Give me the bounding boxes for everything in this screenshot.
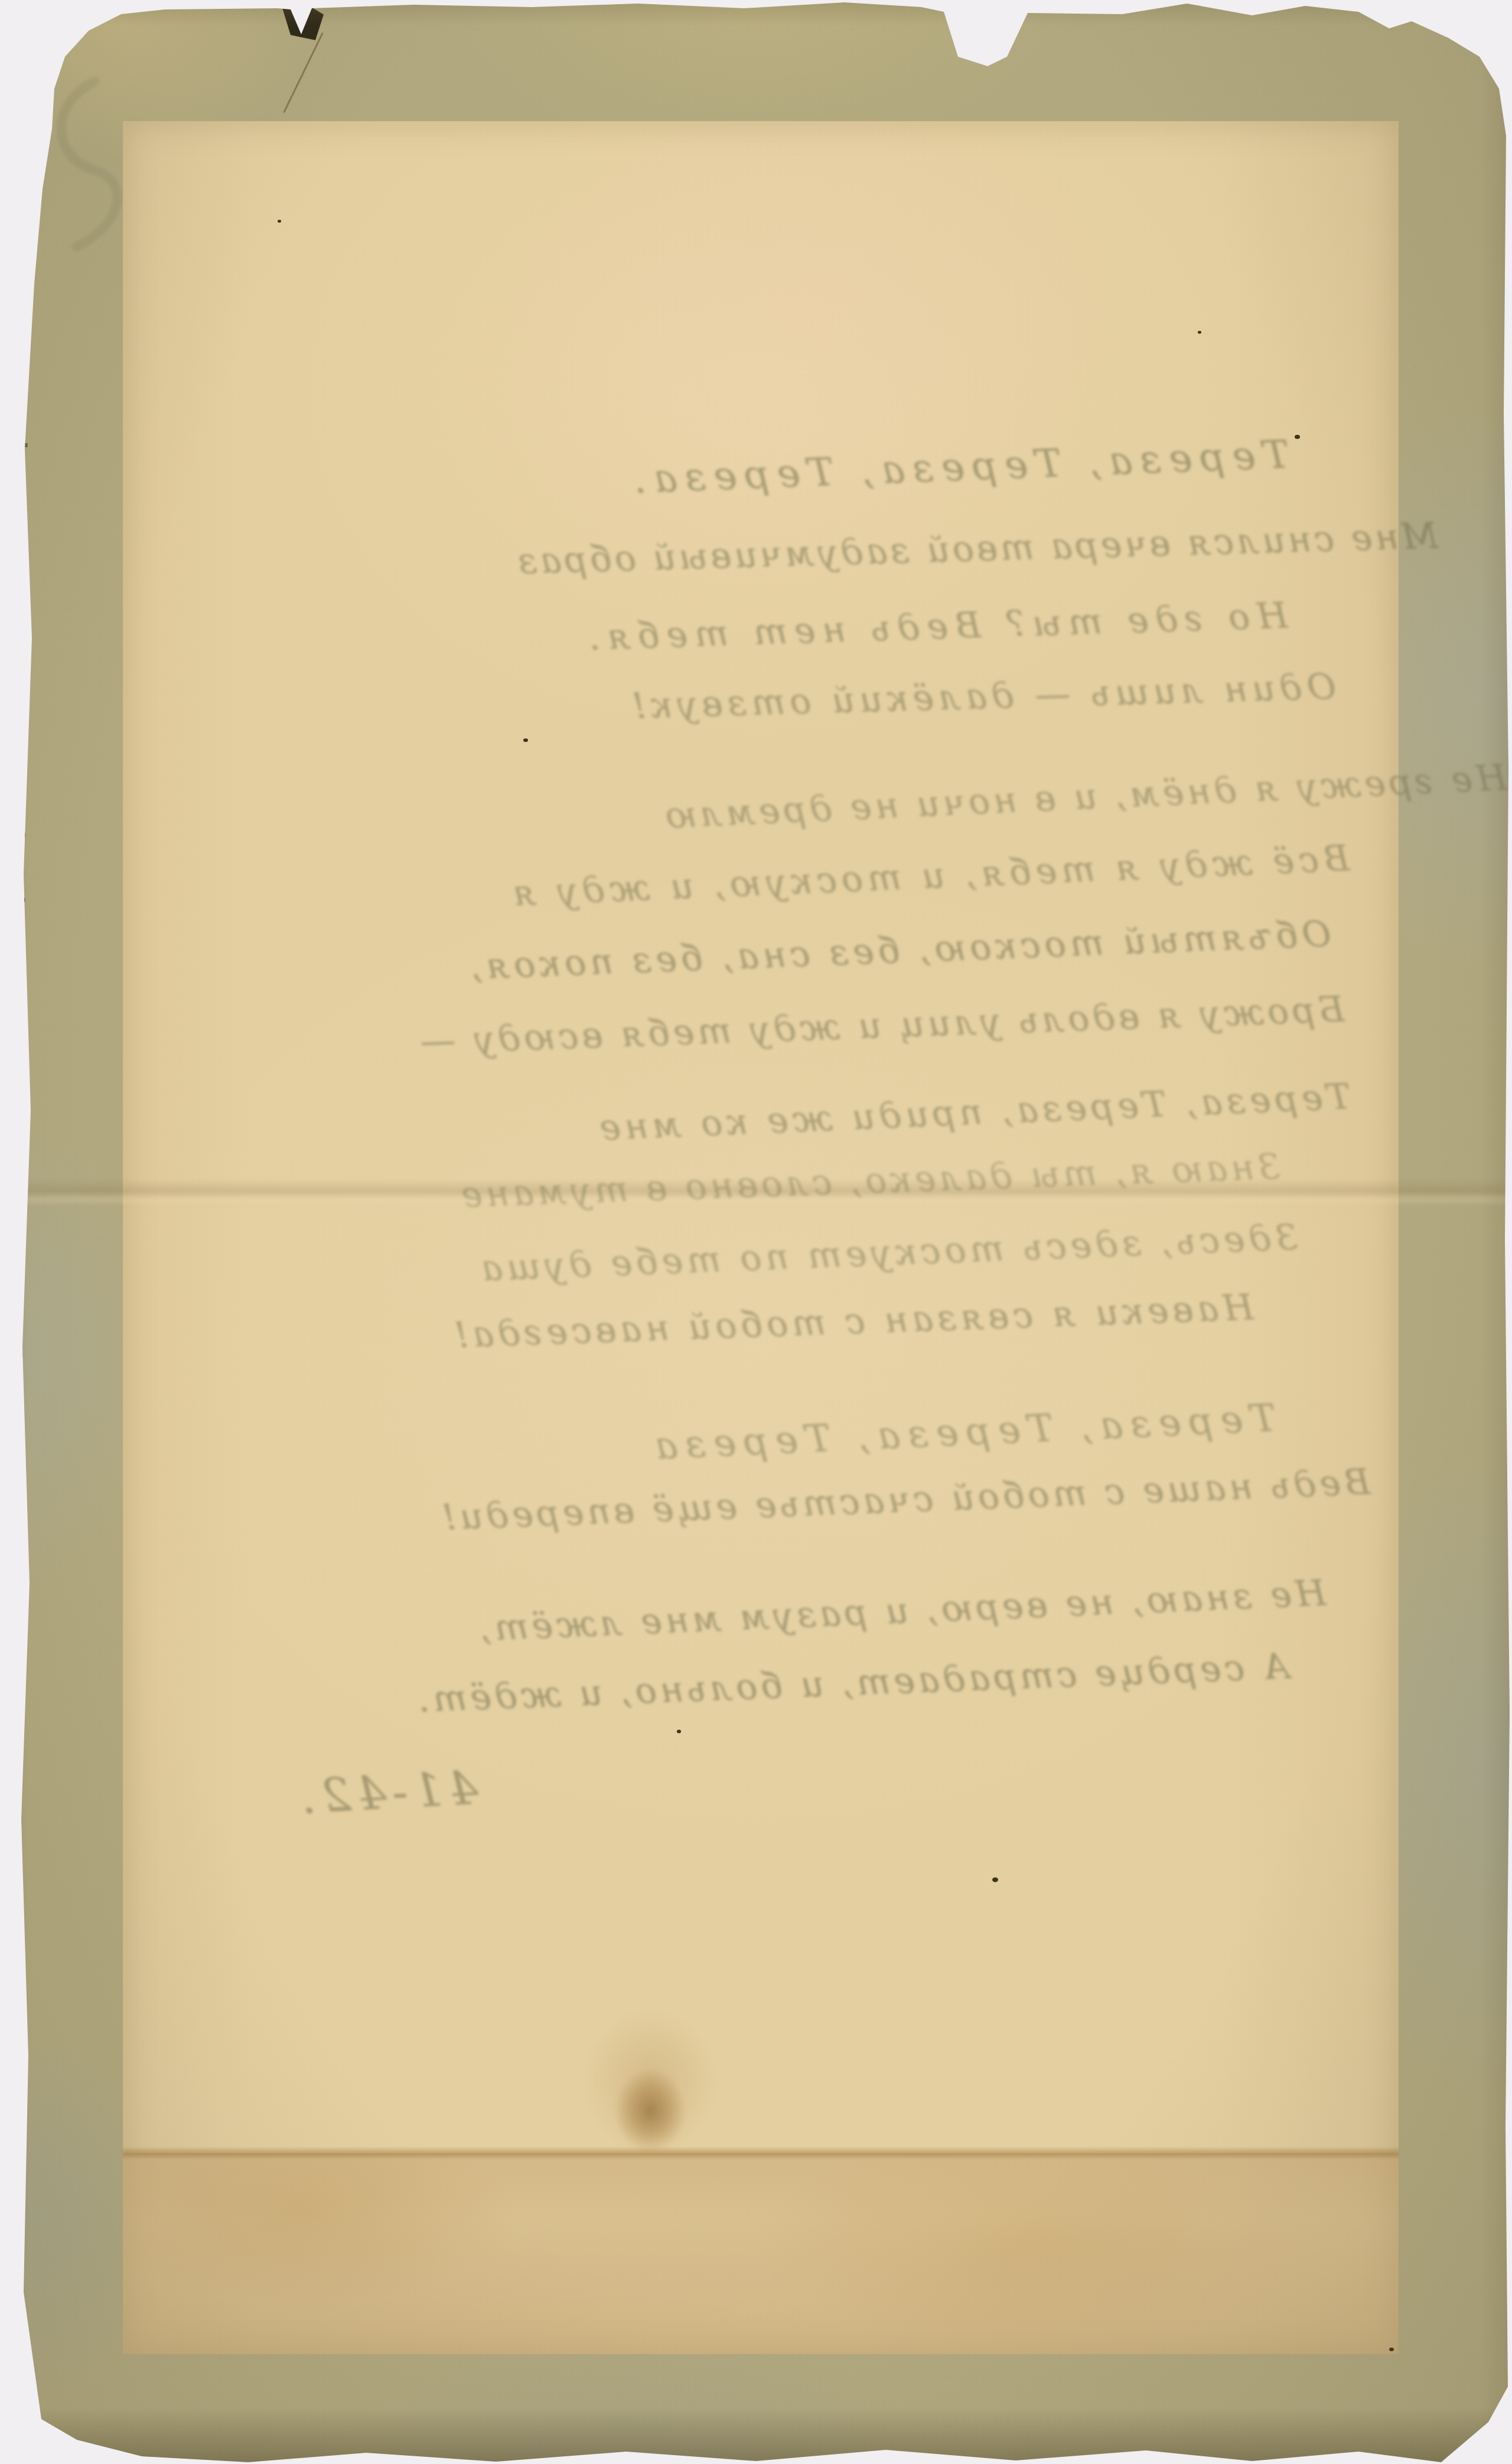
fold-crease-middle xyxy=(0,1179,1512,1206)
photo-backdrop: 41-42. Тереза, Тереза, Тереза.Мне снился… xyxy=(0,0,1512,2464)
page-below-fold xyxy=(123,2153,1399,2354)
left-edge-stitch-marks xyxy=(9,378,28,2009)
letter-sheet-verso: 41-42. Тереза, Тереза, Тереза.Мне снился… xyxy=(0,0,1512,2464)
dirt-speck xyxy=(677,1730,681,1733)
stain-blob xyxy=(614,2069,686,2153)
tear-crack-line xyxy=(283,32,323,113)
tear-notch-top-edge xyxy=(282,4,324,40)
page-inner xyxy=(123,121,1399,2354)
dirt-speck xyxy=(992,1877,998,1882)
dirt-speck xyxy=(278,220,281,223)
paper-watermark-squiggle xyxy=(24,70,130,271)
fold-crease-bottom xyxy=(123,2147,1399,2159)
dirt-speck xyxy=(1198,331,1201,334)
